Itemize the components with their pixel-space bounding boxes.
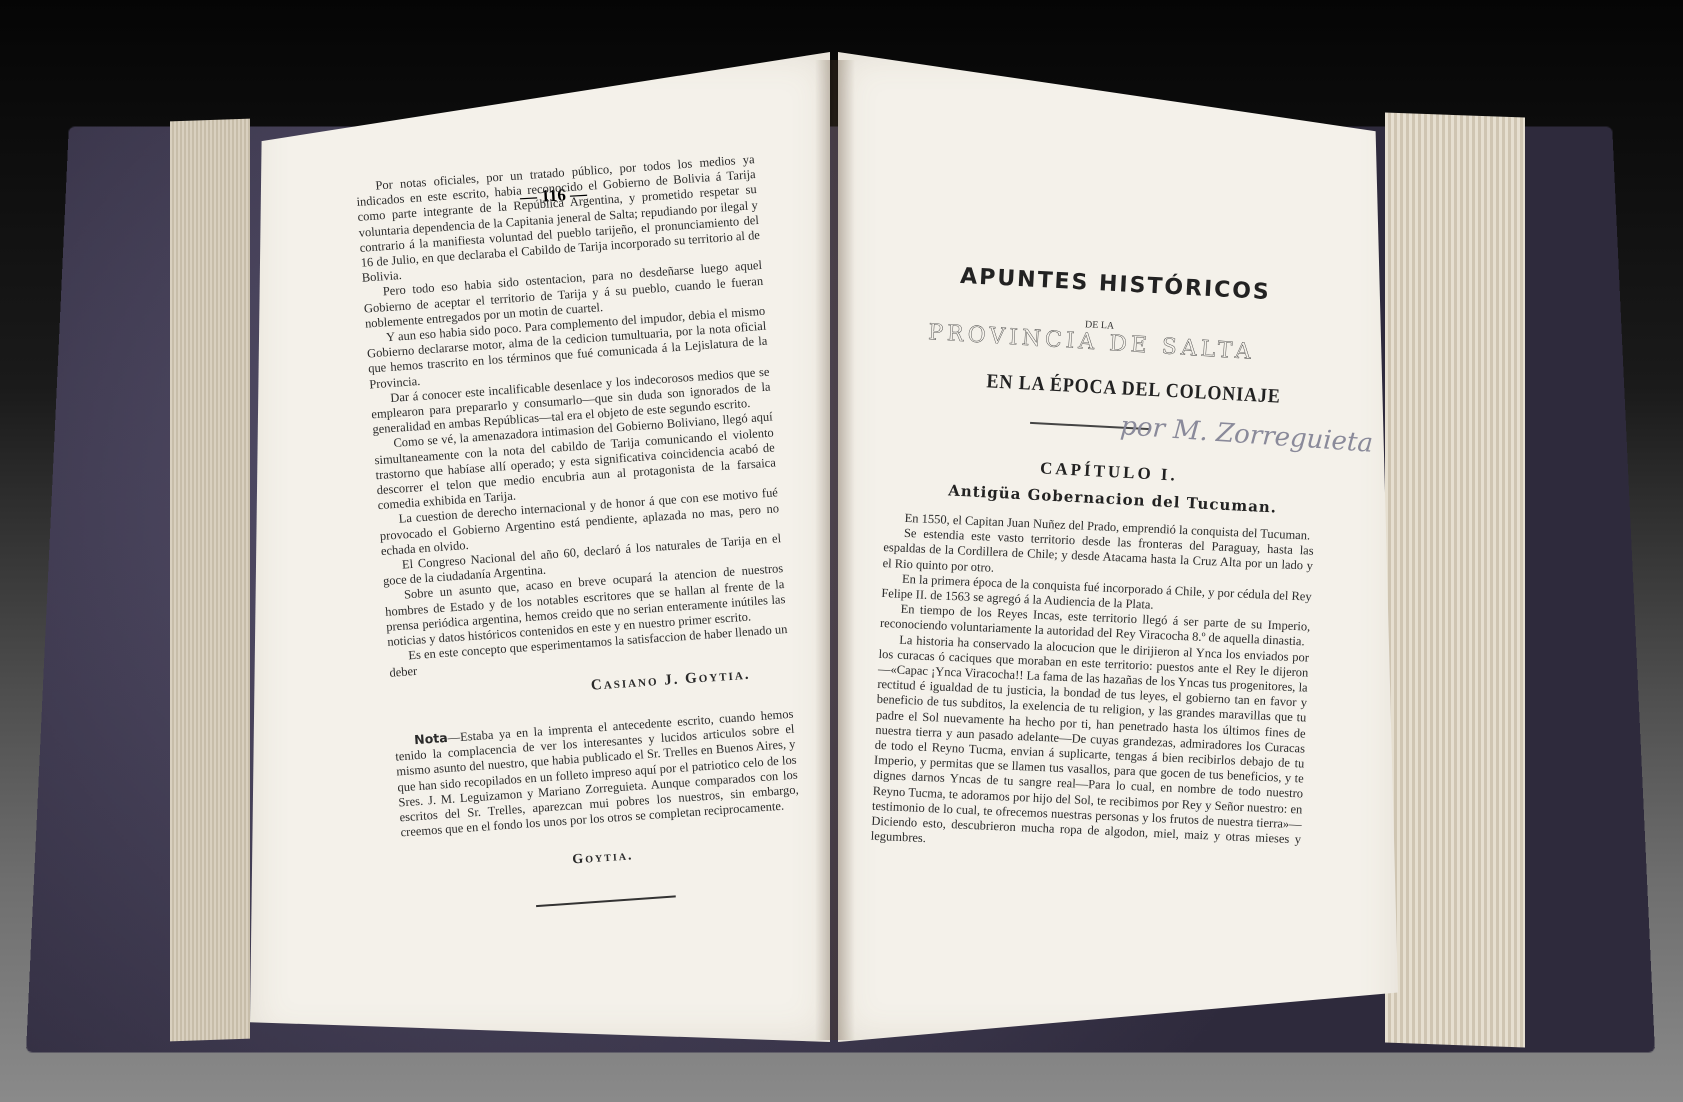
left-page-text: Por notas oficiales, por un tratado públ… — [355, 152, 805, 916]
nota-label: Nota — [414, 730, 448, 747]
page-edges-right — [1385, 113, 1525, 1048]
right-page-text: En 1550, el Capitan Juan Nuñez del Prado… — [870, 510, 1314, 863]
nota-paragraph: Nota—Estaba ya en la imprenta el anteced… — [394, 706, 801, 841]
book-gutter — [815, 60, 855, 1040]
paragraph: La historia ha conservado la alocucion q… — [870, 632, 1309, 863]
signature-short: Goytia. — [403, 837, 803, 880]
page-edges-left — [170, 119, 250, 1042]
nota-text: —Estaba ya en la imprenta el antecedente… — [395, 707, 799, 840]
